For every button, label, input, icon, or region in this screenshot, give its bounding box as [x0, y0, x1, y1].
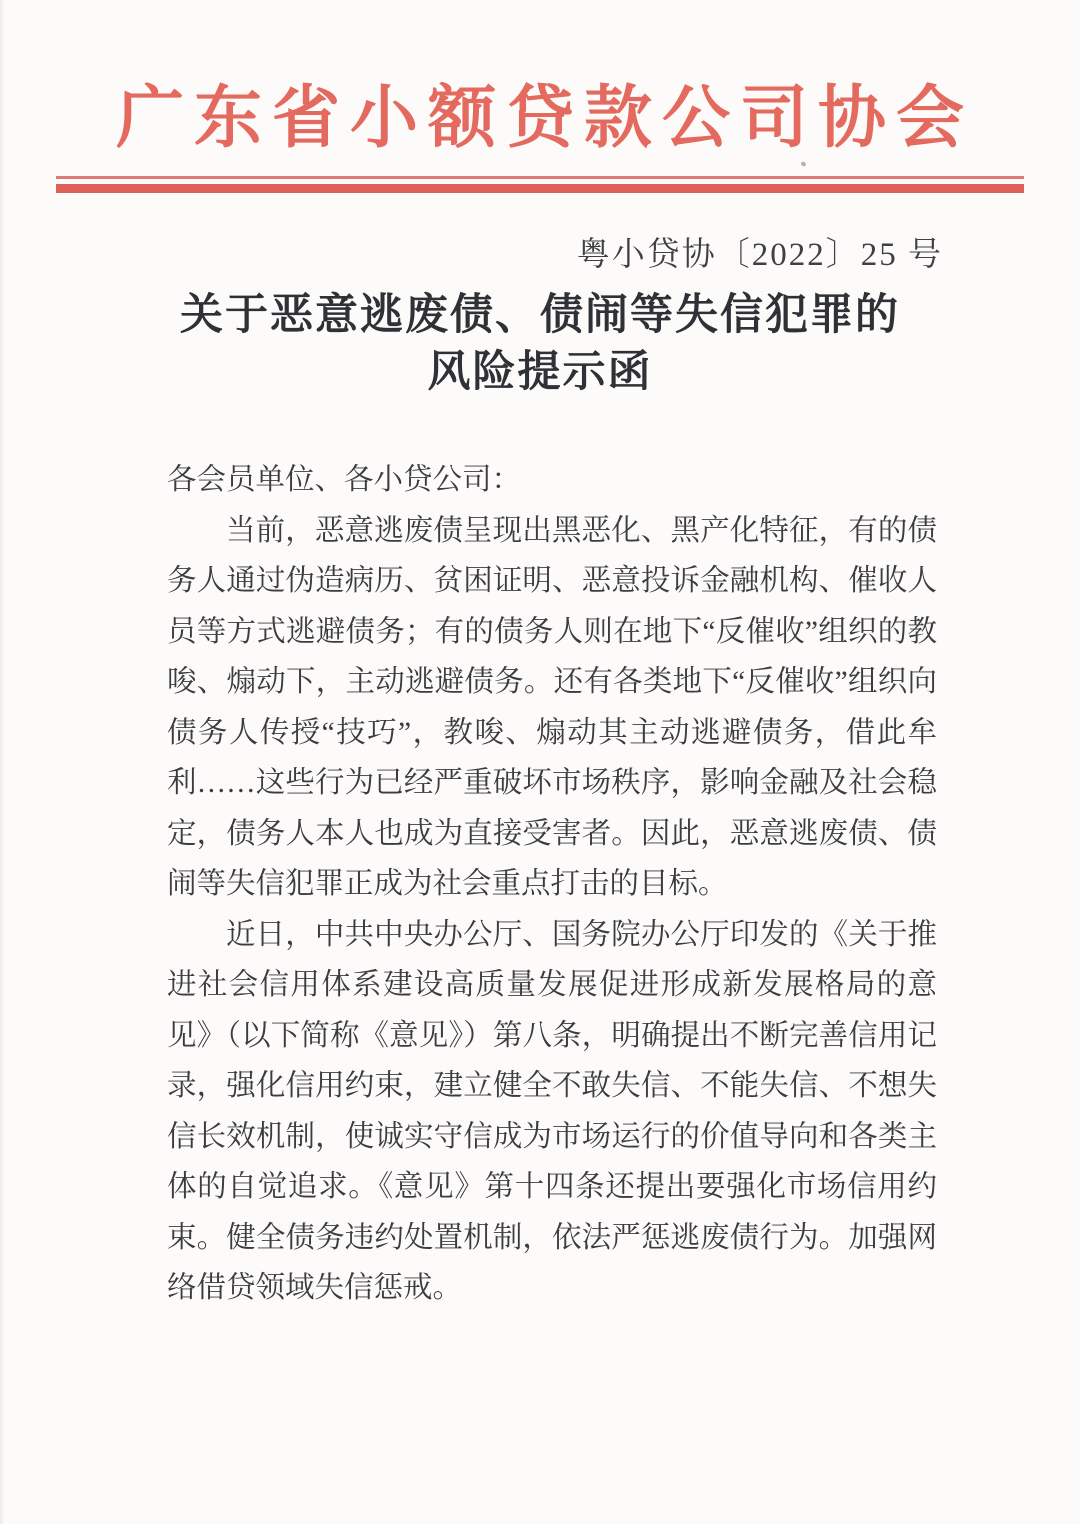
scan-artifact-speck [800, 161, 806, 167]
salutation: 各会员单位、各小贷公司： [167, 455, 937, 506]
document-body: 各会员单位、各小贷公司： 当前，恶意逃废债呈现出黑恶化、黑产化特征，有的债务人通… [167, 455, 937, 1314]
document-number: 粤小贷协〔2022〕25 号 [0, 237, 1080, 273]
document-title: 关于恶意逃废债、债闹等失信犯罪的 风险提示函 [0, 287, 1080, 401]
org-title: 广东省小额贷款公司协会 [0, 0, 1080, 156]
document-page: 广东省小额贷款公司协会 粤小贷协〔2022〕25 号 关于恶意逃废债、债闹等失信… [0, 0, 1080, 1524]
document-title-line2: 风险提示函 [428, 349, 653, 396]
document-title-line1: 关于恶意逃废债、债闹等失信犯罪的 [180, 292, 900, 339]
body-paragraph-1: 当前，恶意逃废债呈现出黑恶化、黑产化特征，有的债务人通过伪造病历、贫困证明、恶意… [167, 506, 937, 910]
header-divider-thin-line [56, 176, 1024, 179]
header-divider-thick-line [56, 184, 1024, 193]
header-divider [56, 176, 1024, 193]
body-paragraph-2: 近日，中共中央办公厅、国务院办公厅印发的《关于推进社会信用体系建设高质量发展促进… [167, 910, 937, 1314]
